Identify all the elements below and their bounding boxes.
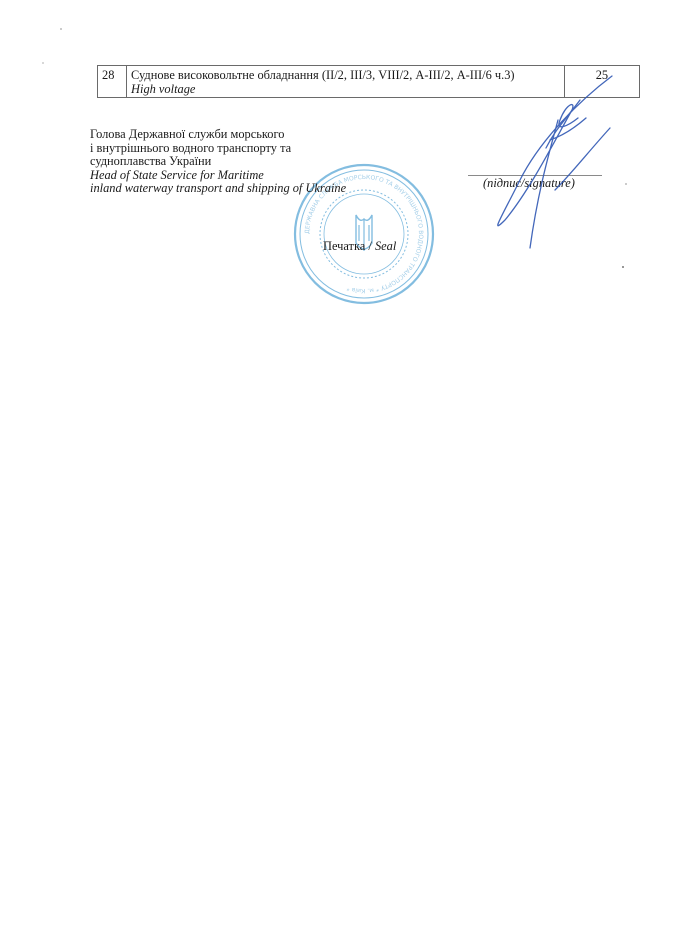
document-page: 28 Суднове високовольтне обладнання (ІІ/… (0, 0, 683, 940)
row-number: 28 (98, 66, 127, 98)
title-en-line-1: Head of State Service for Maritime (90, 169, 346, 183)
title-ua-line-3: судноплавства України (90, 155, 346, 169)
handwritten-signature-icon (460, 70, 620, 255)
signatory-title: Голова Державної служби морського і внут… (90, 128, 346, 196)
scan-speck (42, 62, 44, 64)
title-ua-line-1: Голова Державної служби морського (90, 128, 346, 142)
seal-label: Печатка / Seal (323, 239, 396, 254)
seal-label-ua: Печатка / (323, 239, 375, 253)
seal-label-en: Seal (375, 239, 396, 253)
title-en-line-2: inland waterway transport and shipping o… (90, 182, 346, 196)
scan-speck (60, 28, 62, 30)
scan-speck (625, 183, 627, 185)
title-ua-line-2: і внутрішнього водного транспорту та (90, 142, 346, 156)
scan-speck (622, 266, 624, 268)
